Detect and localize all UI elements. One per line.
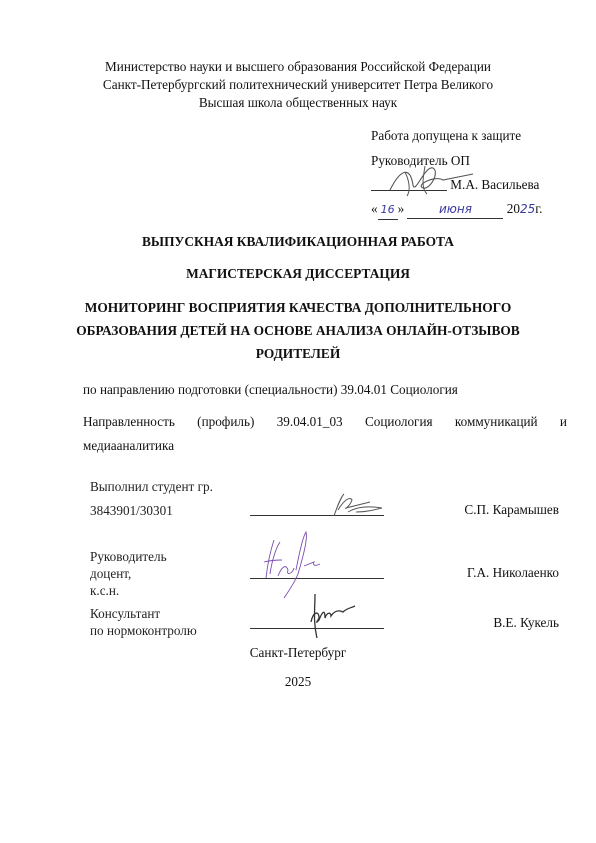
date-year-suffix: 25 <box>520 202 535 216</box>
student-label-line1: Выполнил студент гр. <box>90 478 213 496</box>
student-name: С.П. Карамышев <box>464 501 559 519</box>
supervisor-label-line2: доцент, <box>90 565 131 583</box>
consultant-label-line1: Консультант <box>90 605 160 623</box>
degree-type-title: МАГИСТЕРСКАЯ ДИССЕРТАЦИЯ <box>0 262 596 285</box>
university-name: Санкт-Петербургский политехнический унив… <box>0 76 596 94</box>
signature-karamyshev-icon <box>330 490 390 518</box>
ministry-name: Министерство науки и высшего образования… <box>0 58 596 76</box>
date-month: июня <box>407 200 503 219</box>
program-direction: по направлению подготовки (специальности… <box>83 381 567 399</box>
program-profile-line1: Направленность (профиль) 39.04.01_03 Соц… <box>83 413 567 431</box>
approval-admitted: Работа допущена к защите <box>371 127 521 145</box>
program-profile-line2: медиааналитика <box>83 437 567 455</box>
supervisor-label-line1: Руководитель <box>90 548 167 566</box>
signature-kukel-icon <box>305 592 365 640</box>
school-name: Высшая школа общественных наук <box>0 94 596 112</box>
signature-nikolaenko-icon <box>258 530 328 600</box>
consultant-name: В.Е. Кукель <box>493 614 559 632</box>
topic-title-line3: РОДИТЕЛЕЙ <box>0 342 596 365</box>
approval-date: «16» июня 2025г. <box>371 200 542 220</box>
topic-title-line2: ОБРАЗОВАНИЯ ДЕТЕЙ НА ОСНОВЕ АНАЛИЗА ОНЛА… <box>0 319 596 342</box>
date-day: 16 <box>378 201 398 220</box>
consultant-label-line2: по нормоконтролю <box>90 622 197 640</box>
supervisor-label-line3: к.с.н. <box>90 582 119 600</box>
footer-year: 2025 <box>0 673 596 691</box>
work-type-title: ВЫПУСКНАЯ КВАЛИФИКАЦИОННАЯ РАБОТА <box>0 230 596 253</box>
signature-vasilyeva-icon <box>385 160 475 200</box>
student-group: 3843901/30301 <box>90 502 173 520</box>
footer-city: Санкт-Петербург <box>0 644 596 662</box>
topic-title-line1: МОНИТОРИНГ ВОСПРИЯТИЯ КАЧЕСТВА ДОПОЛНИТЕ… <box>0 296 596 319</box>
supervisor-name: Г.А. Николаенко <box>467 564 559 582</box>
